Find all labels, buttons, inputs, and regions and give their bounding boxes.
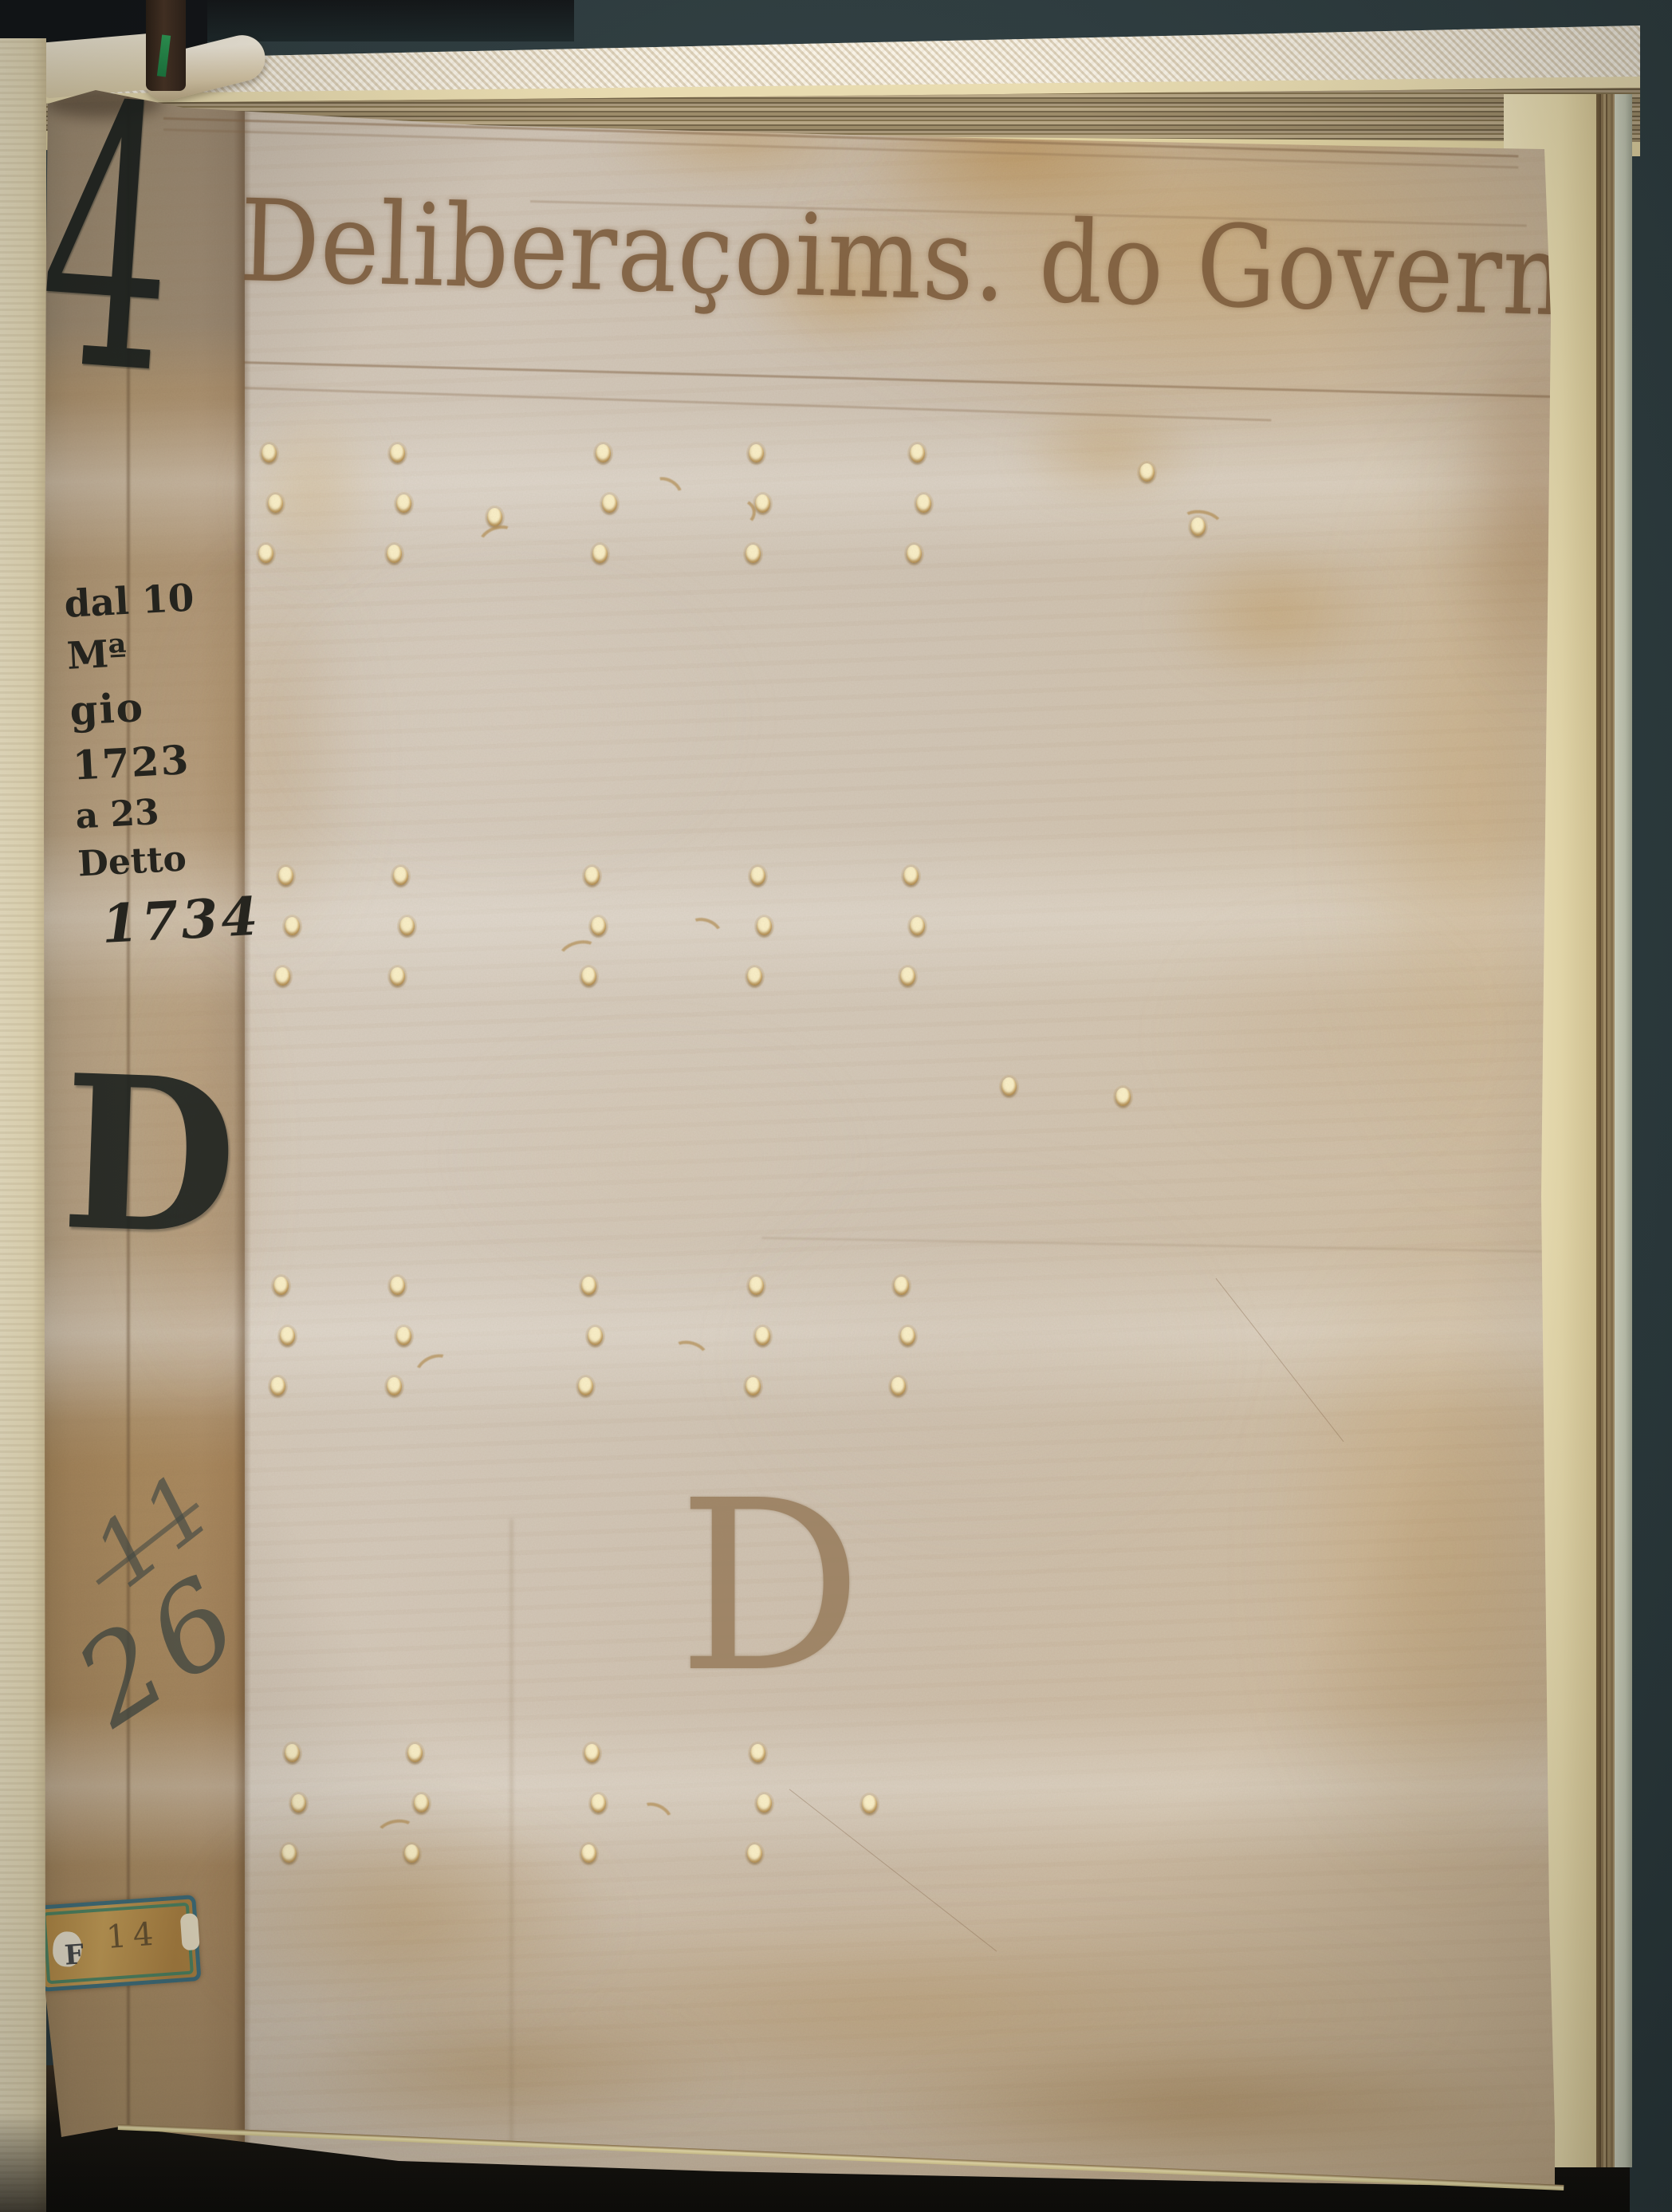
outer-page-edge-right [1615, 94, 1632, 2167]
spine-letter-d: D [59, 1047, 240, 1264]
flyleaf-left-shadow [0, 2113, 46, 2212]
spine-date-line: dal 10 Mª [63, 569, 267, 683]
spine-date-line: 1734 [79, 880, 281, 962]
flyleaf-left [0, 38, 46, 2212]
cover-initial-d: D [678, 1470, 863, 1705]
spine-label-edge [180, 1913, 200, 1950]
spine-label: F 14 [34, 1895, 201, 1992]
cover-crease [510, 1519, 513, 2141]
text-block-edge-right [1601, 94, 1615, 2167]
photograph-of-archival-volume: Deliberaçoims. do Governo 4 dal 10 Mª gi… [0, 0, 1672, 2212]
label-letter: F [64, 1938, 85, 1972]
book-cover: Deliberaçoims. do Governo 4 dal 10 Mª gi… [44, 44, 1555, 2197]
label-number: 14 [105, 1915, 161, 1956]
parchment-grain-texture [44, 44, 1555, 2197]
spine-volume-number: 4 [31, 57, 184, 425]
spine-date-line: a 23 Detto [74, 782, 278, 889]
spine-date-block: dal 10 Mª gio 1723 a 23 Detto 1734 [63, 569, 282, 962]
spine-date-line: gio 1723 [69, 672, 273, 793]
